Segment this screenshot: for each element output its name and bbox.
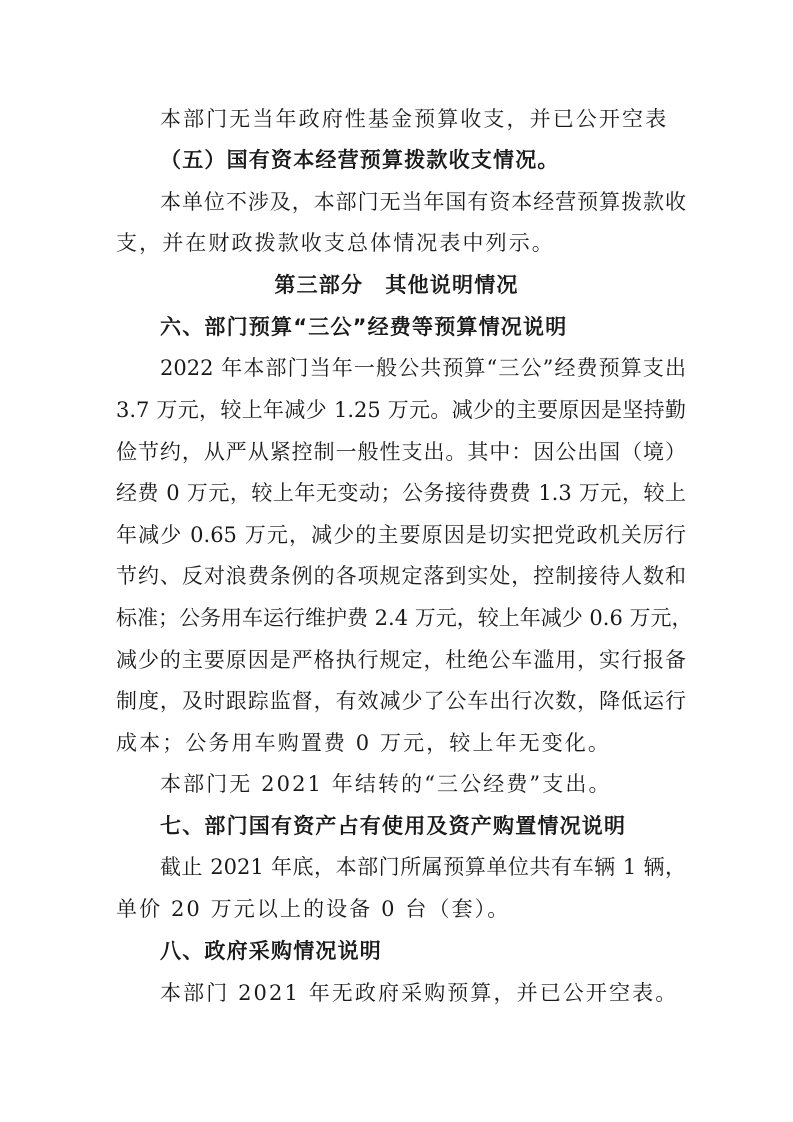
paragraph-carryover: 本部门无 2021 年结转的“三公经费”支出。 — [160, 769, 730, 799]
document-page: 本部门无当年政府性基金预算收支，并已公开空表 （五）国有资本经营预算拨款收支情况… — [0, 0, 793, 1122]
paragraph-three-public-line7: 标准；公务用车运行维护费 2.4 万元，较上年减少 0.6 万元， — [116, 603, 686, 633]
paragraph-state-assets-line1: 截止 2021 年底，本部门所属预算单位共有车辆 1 辆， — [160, 852, 686, 882]
part-three-title: 第三部分 其他说明情况 — [0, 270, 793, 300]
paragraph-government-procurement: 本部门 2021 年无政府采购预算，并已公开空表。 — [160, 978, 730, 1008]
paragraph-three-public-line5: 年减少 0.65 万元，减少的主要原因是切实把党政机关厉行 — [116, 520, 686, 550]
paragraph-three-public-line4: 经费 0 万元，较上年无变动；公务接待费费 1.3 万元，较上 — [116, 478, 686, 508]
paragraph-three-public-line3: 俭节约，从严从紧控制一般性支出。其中：因公出国（境） — [116, 437, 686, 467]
paragraph-three-public-line1: 2022 年本部门当年一般公共预算“三公”经费预算支出 — [160, 353, 686, 383]
paragraph-state-capital-line2: 支，并在财政拨款收支总体情况表中列示。 — [116, 228, 686, 258]
heading-state-capital-budget: （五）国有资本经营预算拨款收支情况。 — [160, 145, 730, 175]
paragraph-three-public-line9: 制度，及时跟踪监督，有效减少了公车出行次数，降低运行 — [116, 686, 686, 716]
paragraph-state-assets-line2: 单价 20 万元以上的设备 0 台（套）。 — [116, 894, 686, 924]
heading-government-procurement: 八、政府采购情况说明 — [160, 936, 730, 966]
heading-state-assets: 七、部门国有资产占有使用及资产购置情况说明 — [160, 811, 730, 841]
paragraph-three-public-line10: 成本；公务用车购置费 0 万元，较上年无变化。 — [116, 728, 686, 758]
paragraph-three-public-line6: 节约、反对浪费条例的各项规定落到实处，控制接待人数和 — [116, 561, 686, 591]
paragraph-state-capital-line1: 本单位不涉及，本部门无当年国有资本经营预算拨款收 — [160, 187, 686, 217]
heading-three-public-expenses: 六、部门预算“三公”经费等预算情况说明 — [160, 312, 730, 342]
paragraph-government-fund-budget: 本部门无当年政府性基金预算收支，并已公开空表 — [160, 104, 730, 134]
paragraph-three-public-line8: 减少的主要原因是严格执行规定，杜绝公车滥用，实行报备 — [116, 645, 686, 675]
paragraph-three-public-line2: 3.7 万元，较上年减少 1.25 万元。减少的主要原因是坚持勤 — [116, 395, 686, 425]
